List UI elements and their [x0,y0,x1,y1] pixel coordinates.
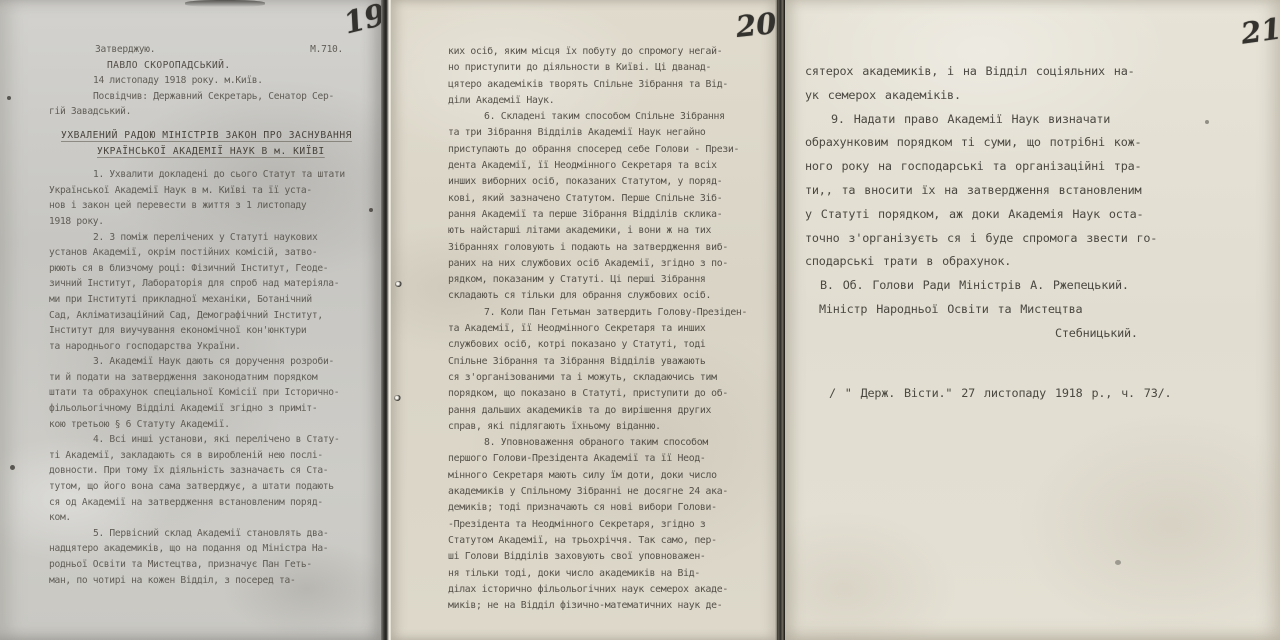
text-line: ПАВЛО СКОРОПАДСЬКИЙ. [49,58,365,74]
text-line: Зібраннях головують і подають на затверд… [448,240,772,256]
text-line: 14 листопаду 1918 року. м.Київ. [49,73,365,89]
text-line: ділах історично фільольогічних наук семе… [448,582,772,598]
text-line: академиків у Спільному Зібранні не досяг… [448,484,772,500]
approval-label: Затверджую. [95,42,155,58]
text-line: ман, по чотирі на кожен Відділ, з посере… [49,573,365,589]
text-line: Посвідчив: Державний Секретарь, Сенатор … [49,89,365,105]
text-line: складають ся тільки для обрання службови… [448,288,772,304]
text-line: зичний Інститут, Лабораторія для спроб н… [49,276,365,292]
paper-speck [1115,560,1121,565]
text-line: УХВАЛЕНИЙ РАДОЮ МІНІСТРІВ ЗАКОН ПРО ЗАСН… [49,128,365,144]
typewritten-text-block: сятерох академиків, і на Відділ соціяльн… [805,60,1225,405]
text-line: Міністр Народньої Освіти та Мистецтва [805,298,1225,322]
text-line: діли Академії Наук. [448,93,772,109]
text-line: 8. Уповноваження обраного таким способом [448,435,772,451]
text-line: рання дальших академиків та до вирішення… [448,403,772,419]
handwritten-page-number: 20 [734,6,778,44]
text-line: нов і закон цей перевести в життя з 1 ли… [49,198,365,214]
text-line: ся з'організованими та і можуть, складаю… [448,370,772,386]
text-line: ті Академії, закладають ся в виробленій … [49,448,365,464]
text-line: ми при Інституті прикладної механіки, Бо… [49,292,365,308]
text-line: Сад, Акліматизаційний Сад, Демографічний… [49,308,365,324]
text-line: ного року на господарські та організацій… [805,155,1225,179]
paper-speck [10,465,15,470]
text-line: миків; не на Відділ фізично-математичних… [448,598,772,614]
text-line: 4. Всі инші установи, які перелічено в С… [49,432,365,448]
text-line: 2. З поміж перелічених у Статуті наукови… [49,230,365,246]
text-line: першого Голови-Презідента Академії та її… [448,451,772,467]
archival-scan: { "pages": [ { "page_number": "19", "lin… [0,0,1280,640]
paper-smudge [185,0,265,7]
text-line: приступають до обрання спосеред себе Гол… [448,142,772,158]
text-line: 1918 року. [49,214,365,230]
text-line: цятеро академіків творять Спільне Зібран… [448,77,772,93]
text-line: 7. Коли Пан Гетьман затвердить Голову-Пр… [448,305,772,321]
text-line: службових осіб, котрі показано у Статуті… [448,337,772,353]
text-line: Інститут для виучування економічної кон'… [49,323,365,339]
paper-speck [369,208,373,212]
text-line [805,346,1225,362]
text-line: справ, які підлягають їхньому віданню. [448,419,772,435]
text-line: Спільне Зібрання та Зібрання Відділів ув… [448,354,772,370]
text-line: 6. Складені таким способом Спільне Зібра… [448,109,772,125]
text-line: точно з'організуєть ся і буде спромога з… [805,227,1225,251]
text-line: довности. При тому їх діяльність зазнача… [49,463,365,479]
text-line: родньої Освіти та Мистецтва, призначує П… [49,557,365,573]
text-line: надцятеро академиків, що на подання од М… [49,541,365,557]
text-line: ти й подати на затвердження законодатним… [49,370,365,386]
text-line: та три Зібрання Відділів Академії Наук н… [448,125,772,141]
text-line: дента Академії, її Неодмінного Секретаря… [448,158,772,174]
text-line: / " Держ. Вісти." 27 листопаду 1918 р., … [805,382,1225,406]
text-line: ти,, та вносити їх на затвердження встан… [805,179,1225,203]
text-line: ня тільки тоді, доки число академиків на… [448,566,772,582]
scanned-page-19: 19 Затверджую.М.710.ПАВЛО СКОРОПАДСЬКИЙ.… [0,0,383,640]
text-line: тутом, що його вона сама затверджує, а ш… [49,479,365,495]
paper-speck [7,96,11,100]
text-line: кою третьою § 6 Статуту Академії. [49,417,365,433]
text-line: установ Академії, окрім постійних комісі… [49,245,365,261]
text-line: ких осіб, яким місця їх побуту до спромо… [448,44,772,60]
text-line: рюють ся в близчому році: Фізичний Інсти… [49,261,365,277]
text-line: та Академії, її Неодмінного Секретаря та… [448,321,772,337]
handwritten-page-number: 21 [1239,11,1280,50]
text-line: Української Академії Наук в м. Київі та … [49,183,365,199]
text-line [49,159,365,167]
text-line: фільольогічному Відділі Академії згідно … [49,401,365,417]
text-line: демиків; тоді призначають ся нові вибори… [448,500,772,516]
text-line: ші Голови Відділів заховують свої уповно… [448,549,772,565]
text-line: рання Академії та перше Зібрання Відділі… [448,207,772,223]
document-number: М.710. [310,42,343,58]
text-line: ся од Академії на затвердження встановле… [49,495,365,511]
approval-line: Затверджую.М.710. [49,42,365,58]
text-line [49,120,365,128]
text-line: но приступити до діяльности в Київі. Ці … [448,60,772,76]
text-line: инших виборних осіб, показаних Статутом,… [448,174,772,190]
paper-speck [1205,120,1209,124]
text-line: 1. Ухвалити докладені до сього Статут та… [49,167,365,183]
text-line: гій Завадський. [49,104,365,120]
page-seam [775,0,785,640]
text-line: штати та обрахунок спеціальної Комісії п… [49,385,365,401]
punch-hole [394,395,401,401]
page-seam [381,0,391,640]
text-line: 5. Первісний склад Академії становлять д… [49,526,365,542]
text-line: порядком, що показано в Статуті, приступ… [448,386,772,402]
text-line: Стебницький. [805,322,1225,346]
text-line: мінного Секретаря мають силу їм доти, до… [448,468,772,484]
text-line: кові, який зазначено Статутом. Перше Спі… [448,191,772,207]
text-line: сподарські трати в обрахунок. [805,250,1225,274]
text-line: ком. [49,510,365,526]
text-line: ук семерох академіків. [805,84,1225,108]
typewritten-text-block: Затверджую.М.710.ПАВЛО СКОРОПАДСЬКИЙ.14 … [49,42,365,588]
text-line: 9. Надати право Академії Наук визначати [805,108,1225,132]
text-line: УКРАЇНСЬКОЇ АКАДЕМІЇ НАУК В м. КИЇВІ [49,144,365,160]
text-line: -Презідента та Неодмінного Секретаря, зг… [448,517,772,533]
text-line: у Статуті порядком, аж доки Академія Нау… [805,203,1225,227]
text-line: та народнього господарства України. [49,339,365,355]
scanned-page-20: 20 ких осіб, яким місця їх побуту до спр… [391,0,777,640]
text-line: рядком, показаним у Статуті. Ці перші Зі… [448,272,772,288]
text-line: Статутом Академії, на трьохріччя. Так са… [448,533,772,549]
typewritten-text-block: ких осіб, яким місця їх побуту до спромо… [448,44,772,614]
text-line: 3. Академії Наук дають ся доручення розр… [49,354,365,370]
text-line: раних на них службових осіб Академії, зг… [448,256,772,272]
text-line: В. Об. Голови Ради Міністрів А. Ржепецьк… [805,274,1225,298]
text-line: ють найстарші літами академики, і вони ж… [448,223,772,239]
text-line: обрахунковим порядком ті суми, що потріб… [805,131,1225,155]
scanned-page-21: 21 сятерох академиків, і на Відділ соція… [785,0,1280,640]
text-line: сятерох академиків, і на Відділ соціяльн… [805,60,1225,84]
punch-hole [395,281,402,287]
